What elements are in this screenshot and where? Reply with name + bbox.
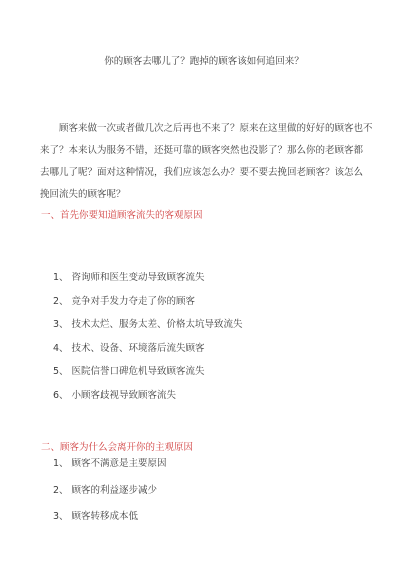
section-1-list: 1、 咨询师和医生变动导致顾客流失 2、 竞争对手发力夺走了你的顾客 3、 技术… [40,272,368,413]
document-page: 你的顾客去哪儿了？跑掉的顾客该如何追回来？ 顾客来做一次或者做几次之后再也不来了… [0,0,408,580]
list-item-number: 1、 [53,272,69,284]
list-item-text: 医院信誉口碑危机导致顾客流失 [72,366,205,378]
list-item-number: 3、 [53,319,69,331]
paragraph-line-3: 去哪儿了呢？面对这种情况，我们应该怎么办？要不要去挽回老顾客？该怎么 [40,162,368,184]
list-item-number: 2、 [53,485,69,497]
list-item-text: 竞争对手发力夺走了你的顾客 [72,296,196,308]
list-item: 2、 顾客的利益逐步减少 [53,485,368,497]
list-item: 3、 顾客转移成本低 [53,511,368,523]
section-1-heading: 一、首先你要知道顾客流失的客观原因 [41,210,368,222]
list-item-text: 顾客转移成本低 [72,511,139,523]
intro-paragraph: 顾客来做一次或者做几次之后再也不来了？原来在这里做的好好的顾客也不 来了？本来认… [40,118,368,206]
document-title: 你的顾客去哪儿了？跑掉的顾客该如何追回来？ [40,0,368,68]
list-item-text: 咨询师和医生变动导致顾客流失 [72,272,205,284]
paragraph-line-1: 顾客来做一次或者做几次之后再也不来了？原来在这里做的好好的顾客也不 [40,118,368,140]
list-item-number: 4、 [53,343,69,355]
list-item-text: 技术太烂、服务太差、价格太坑导致流失 [72,319,243,331]
list-item: 4、 技术、设备、环境落后流失顾客 [53,343,368,355]
list-item: 1、 顾客不满意是主要原因 [53,458,368,470]
list-item-number: 3、 [53,511,69,523]
list-item-number: 5、 [53,366,69,378]
list-item: 2、 竞争对手发力夺走了你的顾客 [53,296,368,308]
list-item-number: 6、 [53,390,69,402]
list-item: 1、 咨询师和医生变动导致顾客流失 [53,272,368,284]
list-item-text: 小顾客歧视导致顾客流失 [72,390,177,402]
list-item: 3、 技术太烂、服务太差、价格太坑导致流失 [53,319,368,331]
section-2-heading: 二、顾客为什么会离开你的主观原因 [41,442,368,454]
list-item-number: 2、 [53,296,69,308]
list-item-text: 顾客不满意是主要原因 [72,458,167,470]
list-item-text: 技术、设备、环境落后流失顾客 [72,343,205,355]
section-2-list: 1、 顾客不满意是主要原因 2、 顾客的利益逐步减少 3、 顾客转移成本低 [40,458,368,538]
list-item-text: 顾客的利益逐步减少 [72,485,158,497]
list-item: 6、 小顾客歧视导致顾客流失 [53,390,368,402]
paragraph-line-4: 挽回流失的顾客呢？ [40,184,368,206]
paragraph-line-2: 来了？本来认为服务不错，还挺可靠的顾客突然也没影了？那么你的老顾客都 [40,140,368,162]
list-item-number: 1、 [53,458,69,470]
list-item: 5、 医院信誉口碑危机导致顾客流失 [53,366,368,378]
